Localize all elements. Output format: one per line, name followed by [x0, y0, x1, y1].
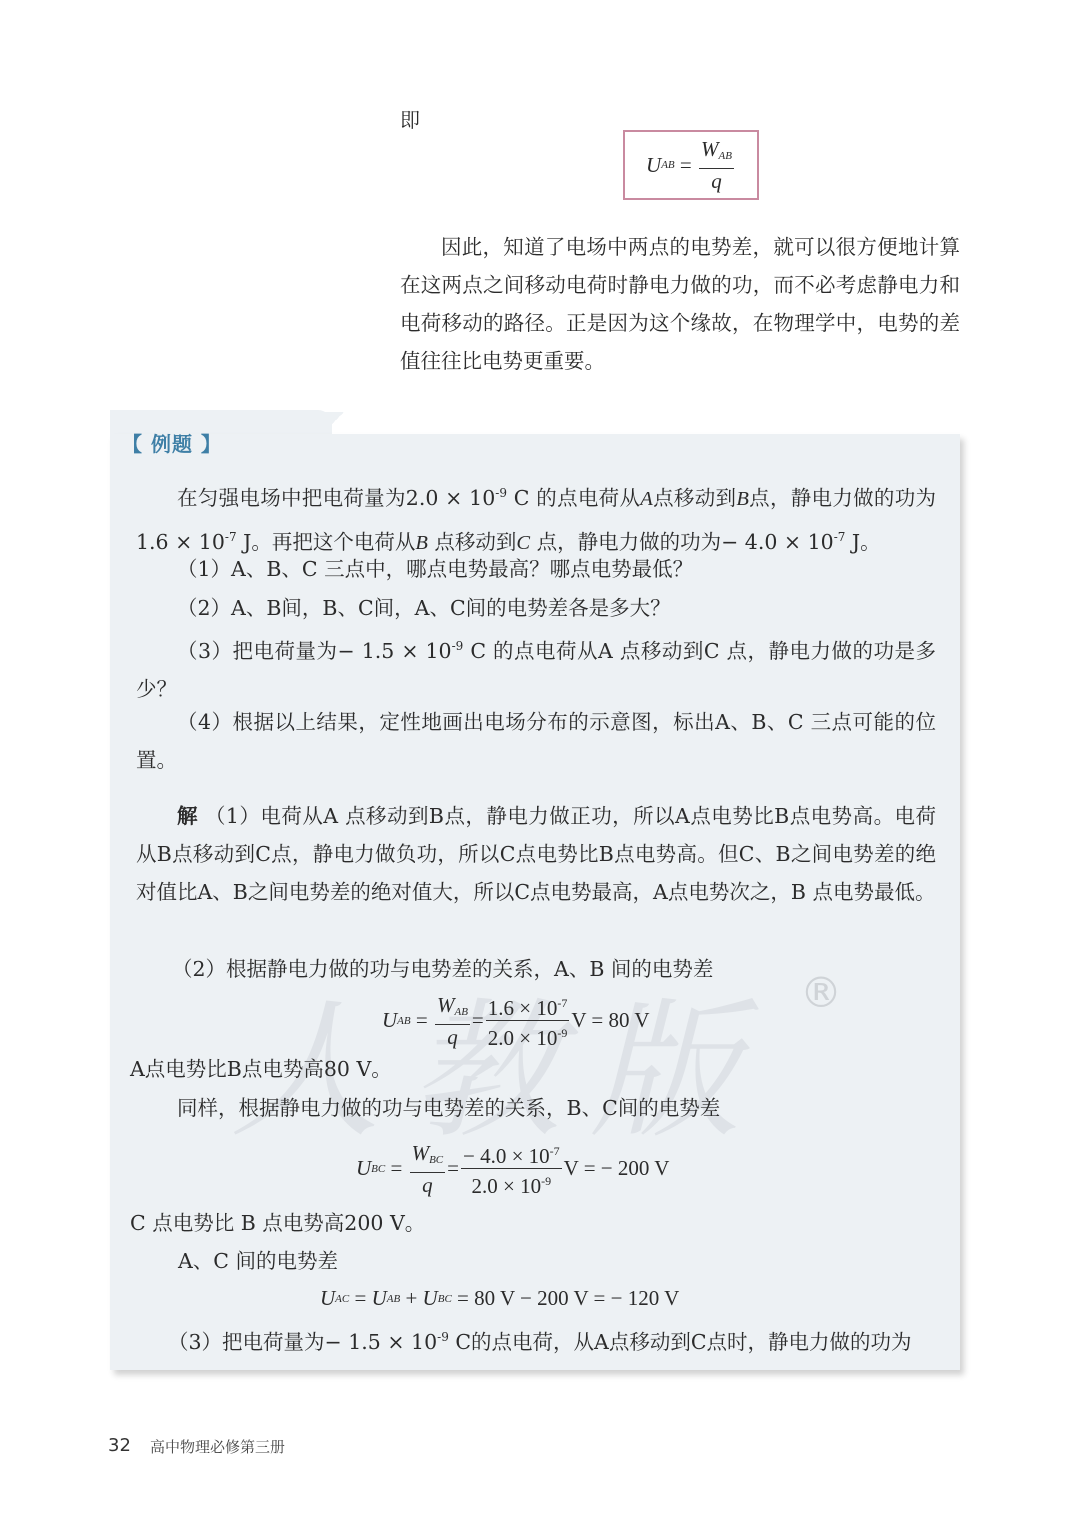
boxed-formula: UAB = WAB q: [623, 130, 759, 200]
solution-bc-conclusion: C 点电势比 B 点电势高200 V。: [130, 1204, 930, 1242]
book-title: 高中物理必修第三册: [150, 1436, 285, 1457]
symbol-q: q: [711, 169, 722, 193]
example-title: 【 例题 】: [122, 428, 222, 457]
solution-part-2-intro: （2）根据静电力做的功与电势差的关系，A、B 间的电势差: [136, 950, 936, 988]
page-number: 32: [108, 1435, 131, 1456]
equation-uab: UAB = WABq= 1.6 × 10-72.0 × 10-9 V = 80 …: [382, 992, 650, 1049]
solution-part-3: （3）把电荷量为− 1.5 × 10-9 C的点电荷，从A点移动到C点时，静电力…: [168, 1318, 948, 1361]
problem-statement: 在匀强电场中把电荷量为2.0 × 10-9 C 的点电荷从A点移动到B点，静电力…: [136, 474, 936, 562]
equation-ubc: UBC = WBCq= − 4.0 × 10-72.0 × 10-9 V = −…: [356, 1140, 669, 1197]
lead-word: 即: [400, 104, 420, 133]
question-3: （3）把电荷量为− 1.5 × 10-9 C 的点电荷从A 点移动到C 点，静电…: [136, 627, 936, 708]
question-1: （1）A、B、C 三点中，哪点电势最高？哪点电势最低？: [136, 550, 936, 588]
question-2: （2）A、B间，B、C间，A、C间的电势差各是多大？: [136, 589, 936, 627]
subscript: AB: [661, 159, 674, 171]
symbol-w: W: [701, 137, 719, 161]
solution-label: 解: [177, 804, 198, 828]
intro-paragraph: 因此，知道了电场中两点的电势差，就可以很方便地计算在这两点之间移动电荷时静电力做…: [400, 228, 960, 380]
subscript: AB: [719, 150, 732, 162]
symbol-u: U: [646, 153, 661, 178]
solution-ac-intro: A、C 间的电势差: [178, 1242, 978, 1280]
fraction: WAB q: [699, 138, 734, 192]
equation-uac: UAC = UAB + UBC = 80 V − 200 V = − 120 V: [320, 1286, 679, 1311]
solution-bc-intro: 同样，根据静电力做的功与电势差的关系，B、C间的电势差: [136, 1089, 936, 1127]
solution-part-1: 解 （1）电荷从A 点移动到B点，静电力做正功，所以A点电势比B点电势高。电荷从…: [136, 797, 936, 911]
question-4: （4）根据以上结果，定性地画出电场分布的示意图，标出A、B、C 三点可能的位置。: [136, 703, 936, 779]
formula-uab: UAB = WAB q: [646, 138, 736, 192]
solution-ab-conclusion: A点电势比B点电势高80 V。: [130, 1050, 930, 1088]
equals: =: [680, 153, 692, 178]
